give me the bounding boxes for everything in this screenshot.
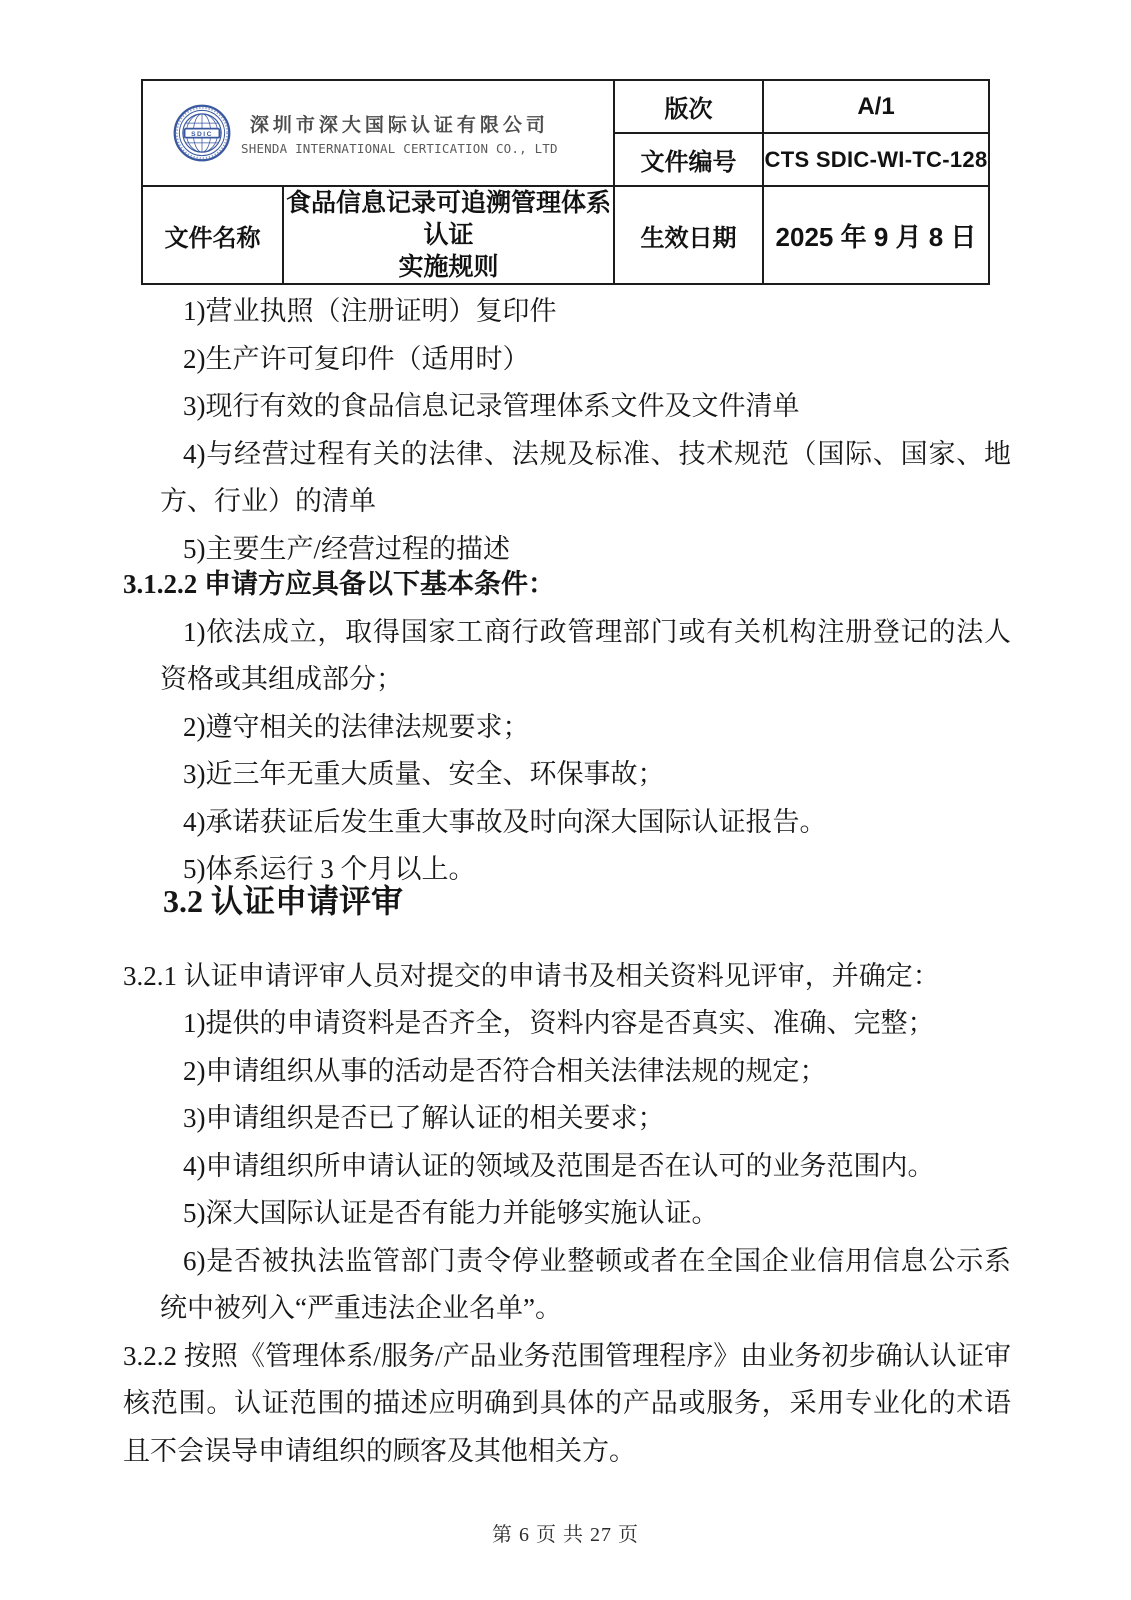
paragraph-321: 3.2.1 认证申请评审人员对提交的申请书及相关资料见评审，并确定： (123, 953, 1011, 1001)
effective-date-value: 2025 年 9 月 8 日 (763, 186, 989, 284)
logo-cell: SDIC 深圳市深大国际认证有限公司 SHENDA INTERNATIONAL … (142, 80, 614, 186)
list-item: 6)是否被执法监管部门责令停业整顿或者在全国企业信用信息公示系统中被列入“严重违… (160, 1238, 1011, 1333)
list-item: 4)申请组织所申请认证的领域及范围是否在认可的业务范围内。 (160, 1143, 1011, 1191)
list-item: 4)承诺获证后发生重大事故及时向深大国际认证报告。 (160, 799, 1011, 847)
logo-wrap: SDIC 深圳市深大国际认证有限公司 SHENDA INTERNATIONAL … (143, 104, 613, 162)
list-item: 1)依法成立，取得国家工商行政管理部门或有关机构注册登记的法人资格或其组成部分； (160, 609, 1011, 704)
list-item: 5)深大国际认证是否有能力并能够实施认证。 (160, 1190, 1011, 1238)
effective-date-label: 生效日期 (614, 186, 763, 284)
paragraph-322: 3.2.2 按照《管理体系/服务/产品业务范围管理程序》由业务初步确认认证审核范… (123, 1333, 1011, 1476)
doc-name-line1: 食品信息记录可追溯管理体系认证 (284, 187, 613, 251)
list-item: 2)遵守相关的法律法规要求； (160, 704, 1011, 752)
document-body: 1)营业执照（注册证明）复印件 2)生产许可复印件（适用时） 3)现行有效的食品… (123, 288, 1011, 1475)
list-item: 2)申请组织从事的活动是否符合相关法律法规的规定； (160, 1048, 1011, 1096)
list-item: 4)与经营过程有关的法律、法规及标准、技术规范（国际、国家、地方、行业）的清单 (160, 431, 1011, 526)
document-header-table: SDIC 深圳市深大国际认证有限公司 SHENDA INTERNATIONAL … (141, 79, 990, 285)
doc-number-value: CTS SDIC-WI-TC-128 (763, 133, 989, 186)
list-item: 1)营业执照（注册证明）复印件 (160, 288, 1011, 336)
sdic-logo-icon: SDIC (173, 104, 231, 162)
list-item: 3)近三年无重大质量、安全、环保事故； (160, 751, 1011, 799)
section-heading-3122: 3.1.2.2 申请方应具备以下基本条件： (123, 561, 1011, 609)
list-item: 1)提供的申请资料是否齐全，资料内容是否真实、准确、完整； (160, 1000, 1011, 1048)
list-item: 2)生产许可复印件（适用时） (160, 336, 1011, 384)
list-item: 3)申请组织是否已了解认证的相关要求； (160, 1095, 1011, 1143)
doc-name-value: 食品信息记录可追溯管理体系认证 实施规则 (283, 186, 614, 284)
document-page: SDIC 深圳市深大国际认证有限公司 SHENDA INTERNATIONAL … (0, 0, 1131, 1600)
doc-number-label: 文件编号 (614, 133, 763, 186)
company-name-en: SHENDA INTERNATIONAL CERTICATION CO., LT… (241, 141, 558, 156)
company-name-block: 深圳市深大国际认证有限公司 SHENDA INTERNATIONAL CERTI… (241, 110, 558, 156)
doc-name-label: 文件名称 (142, 186, 283, 284)
list-item: 3)现行有效的食品信息记录管理体系文件及文件清单 (160, 383, 1011, 431)
version-label: 版次 (614, 80, 763, 133)
company-name-cn: 深圳市深大国际认证有限公司 (241, 110, 558, 137)
section-heading-32: 3.2 认证申请评审 (163, 874, 1011, 929)
version-value: A/1 (763, 80, 989, 133)
sdic-badge-text: SDIC (191, 131, 213, 138)
doc-name-line2: 实施规则 (284, 251, 613, 283)
page-number: 第 6 页 共 27 页 (0, 1518, 1131, 1547)
